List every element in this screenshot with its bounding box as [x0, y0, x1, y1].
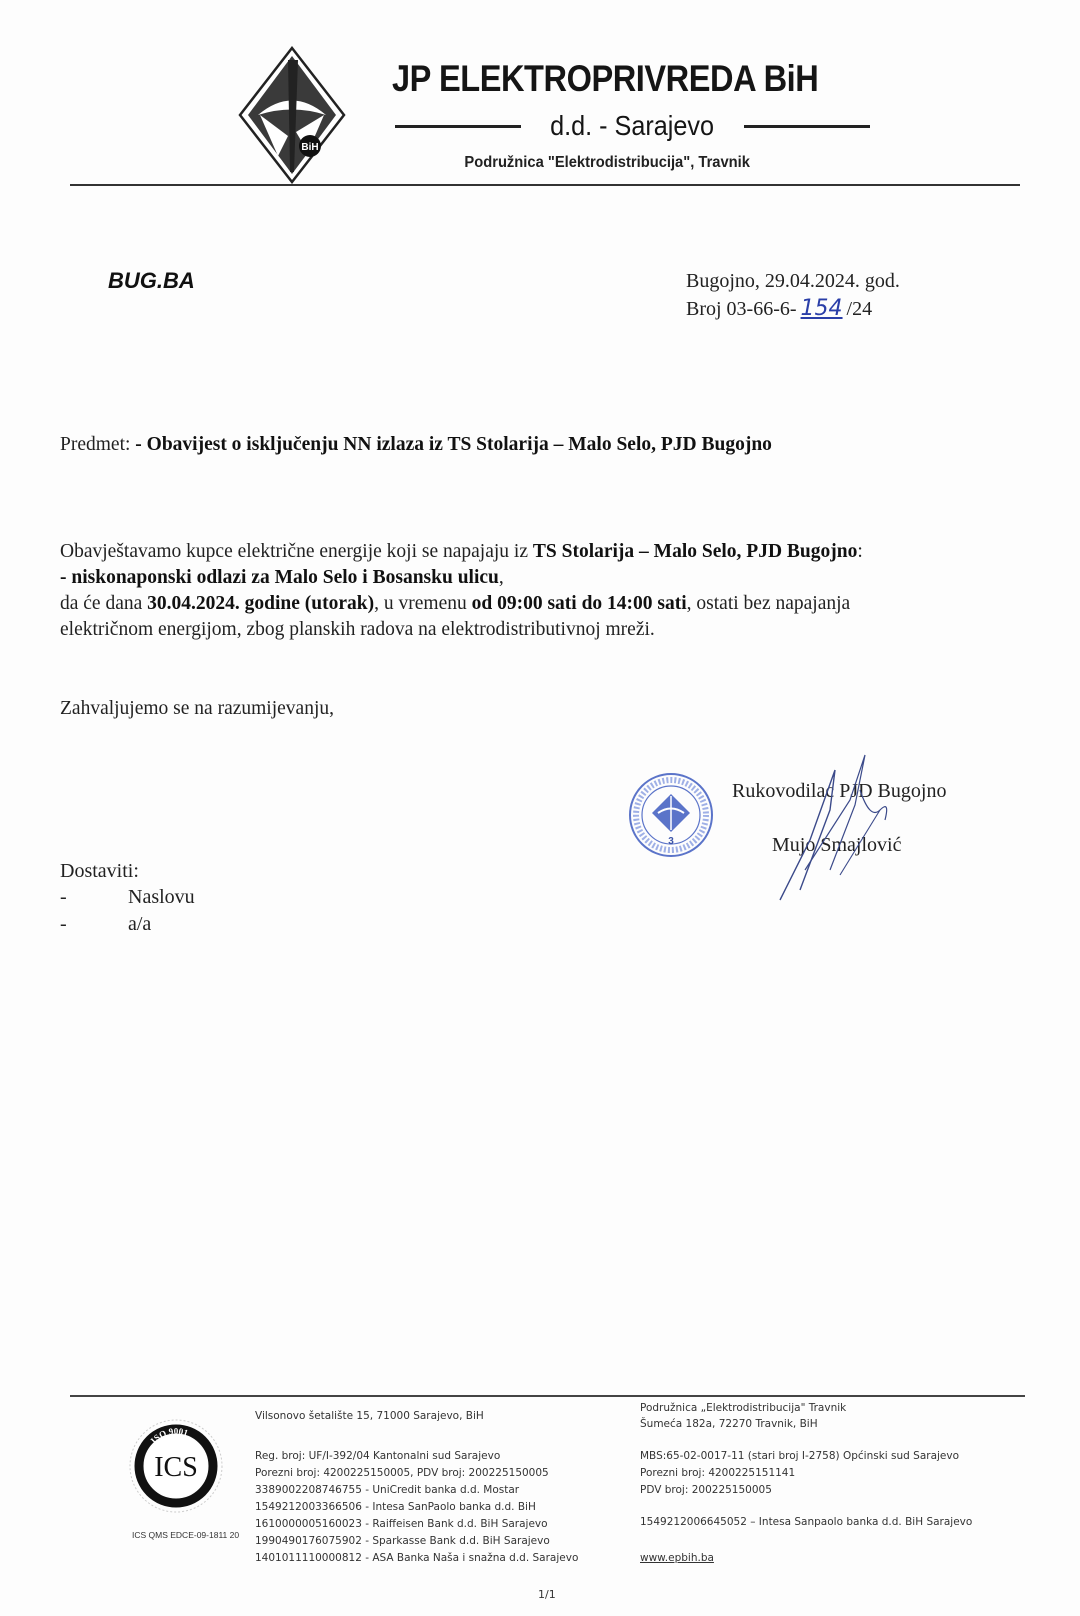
- footer-right-line: Podružnica „Elektrodistribucija" Travnik: [640, 1402, 846, 1414]
- reference-prefix: Broj 03-66-6-: [686, 298, 797, 320]
- document-date: Bugojno, 29.04.2024. god.: [686, 270, 900, 293]
- body-line-1: Obavještavamo kupce električne energije …: [60, 541, 863, 563]
- branch-address: Šumeća 182a, 72270 Travnik, BiH: [640, 1418, 818, 1430]
- reference-handwritten: 154: [797, 296, 847, 321]
- organization-title: JP ELEKTROPRIVREDA BiH: [392, 58, 818, 100]
- divider: [744, 125, 870, 128]
- epbih-diamond-logo-icon: BiH: [238, 46, 346, 184]
- body-line-4: električnom energijom, zbog planskih rad…: [60, 619, 655, 641]
- footer-left-line: Reg. broj: UF/I-392/04 Kantonalni sud Sa…: [255, 1450, 500, 1462]
- branch-name: Podružnica "Elektrodistribucija", Travni…: [464, 154, 750, 172]
- footer-divider: [70, 1395, 1025, 1397]
- subject-label: Predmet:: [60, 434, 130, 455]
- header-divider: [70, 184, 1020, 186]
- body-text: , u vremenu: [374, 593, 471, 614]
- organization-subtitle: d.d. - Sarajevo: [533, 110, 733, 142]
- distribution-item: -a/a: [60, 913, 151, 936]
- footer-right-line: MBS:65-02-0017-11 (stari broj I-2758) Op…: [640, 1450, 959, 1462]
- affected-area: - niskonaponski odlazi za Malo Selo i Bo…: [60, 567, 499, 588]
- svg-text:BiH: BiH: [301, 142, 318, 153]
- watermark: BUG.BA: [108, 268, 195, 294]
- body-text: , ostati bez napajanja: [687, 593, 851, 614]
- footer-left-line: 3389002208746755 - UniCredit banka d.d. …: [255, 1484, 519, 1496]
- body-line-2: - niskonaponski odlazi za Malo Selo i Bo…: [60, 567, 504, 589]
- iso-certificate-code: ICS QMS EDCE-09-1811 20: [132, 1530, 239, 1540]
- footer-right-line: PDV broj: 200225150005: [640, 1484, 772, 1496]
- outage-time: od 09:00 sati do 14:00 sati: [472, 593, 687, 614]
- footer-left-line: 1401011110000812 - ASA Banka Naša i snaž…: [255, 1552, 578, 1564]
- body-text: :: [857, 541, 862, 562]
- distribution-label: Naslovu: [128, 886, 195, 908]
- closing-line: Zahvaljujemo se na razumijevanju,: [60, 698, 334, 720]
- body-text: ,: [499, 567, 504, 588]
- subject-text: - Obavijest o isključenju NN izlaza iz T…: [130, 434, 772, 455]
- footer-left-line: Porezni broj: 4200225150005, PDV broj: 2…: [255, 1467, 549, 1479]
- distribution-title: Dostaviti:: [60, 860, 139, 883]
- page-number: 1/1: [538, 1588, 556, 1601]
- distribution-label: a/a: [128, 913, 151, 935]
- footer-right-line: 1549212006645052 – Intesa Sanpaolo banka…: [640, 1516, 972, 1528]
- hq-address: Vilsonovo šetalište 15, 71000 Sarajevo, …: [255, 1410, 484, 1422]
- body-text: da će dana: [60, 593, 147, 614]
- official-stamp-icon: 3: [628, 772, 714, 858]
- list-bullet: -: [60, 886, 128, 909]
- svg-text:ICS: ICS: [154, 1452, 198, 1483]
- website-link[interactable]: www.epbih.ba: [640, 1552, 714, 1564]
- organization-subtitle-row: d.d. - Sarajevo: [395, 108, 870, 144]
- footer-right-line: Porezni broj: 4200225151141: [640, 1467, 795, 1479]
- subject-line: Predmet: - Obavijest o isključenju NN iz…: [60, 434, 772, 456]
- handwritten-signature-icon: [770, 750, 940, 910]
- list-bullet: -: [60, 913, 128, 936]
- reference-number: Broj 03-66-6-154/24: [686, 296, 872, 321]
- iso-9001-badge-icon: ISO 9001 ICS: [128, 1418, 224, 1514]
- footer-left-line: 1549212003366506 - Intesa SanPaolo banka…: [255, 1501, 536, 1513]
- body-line-3: da će dana 30.04.2024. godine (utorak), …: [60, 593, 850, 615]
- footer-left-line: 1610000005160023 - Raiffeisen Bank d.d. …: [255, 1518, 548, 1530]
- divider: [395, 125, 521, 128]
- substation-name: TS Stolarija – Malo Selo, PJD Bugojno: [533, 541, 857, 562]
- reference-suffix: /24: [847, 298, 873, 320]
- footer-left-line: 1990490176075902 - Sparkasse Bank d.d. B…: [255, 1535, 550, 1547]
- distribution-item: -Naslovu: [60, 886, 195, 909]
- svg-text:3: 3: [668, 836, 674, 847]
- outage-date: 30.04.2024. godine (utorak): [147, 593, 374, 614]
- body-text: Obavještavamo kupce električne energije …: [60, 541, 533, 562]
